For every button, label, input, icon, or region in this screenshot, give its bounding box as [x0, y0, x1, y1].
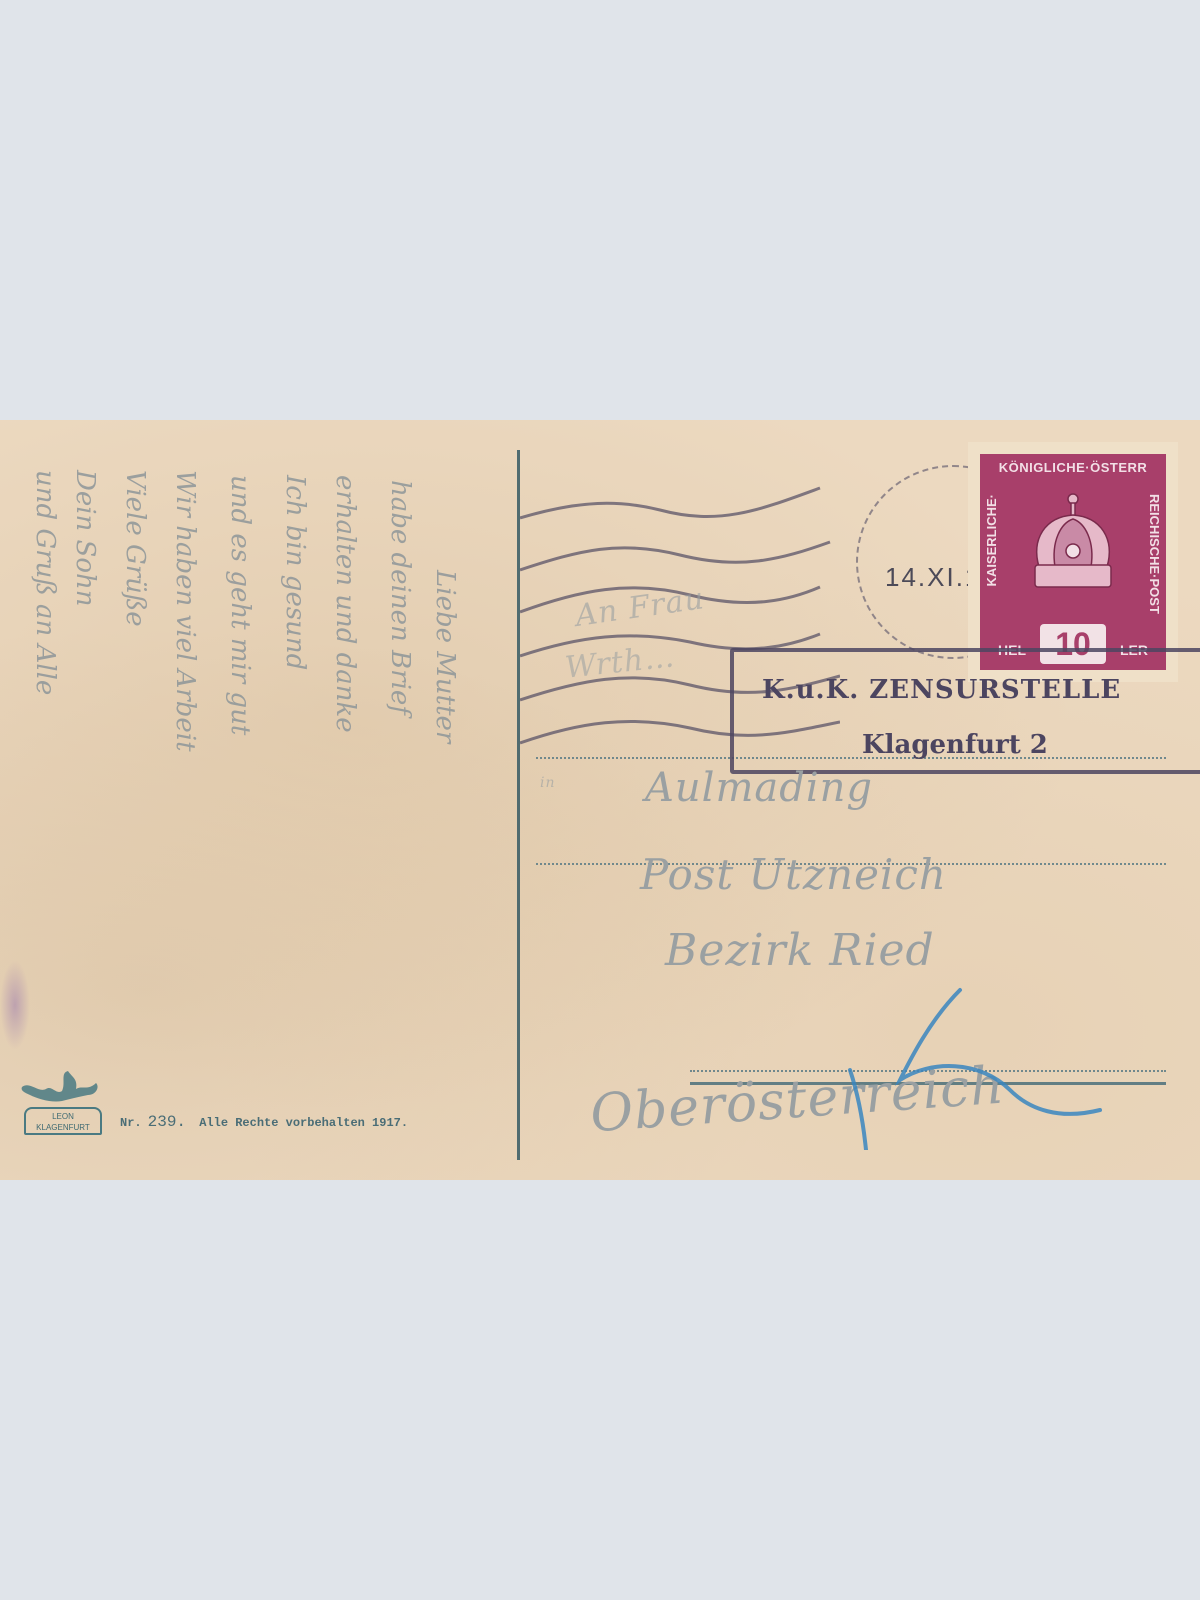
message-column: Dein Sohn: [70, 470, 100, 607]
crown-icon: [1025, 489, 1121, 599]
address-line-2: Post Utzneich: [640, 850, 947, 899]
publisher-logo-box: LEON KLAGENFURT: [24, 1107, 102, 1135]
message-column: Liebe Mutter: [430, 570, 460, 743]
number-prefix: Nr.: [120, 1116, 142, 1130]
card-number: 239.: [148, 1113, 186, 1131]
logo-line-2: KLAGENFURT: [26, 1122, 100, 1133]
stamp-left-text: KAISERLICHE·: [984, 494, 999, 586]
dragon-icon: [16, 1065, 106, 1109]
message-column: und es geht mir gut: [225, 475, 255, 735]
address-prefix-in: in: [540, 775, 556, 791]
censor-stamp-line2: Klagenfurt 2: [862, 730, 1048, 760]
address-line-1: Aulmading: [645, 765, 873, 811]
censor-stamp-line1: K.u.K. ZENSURSTELLE: [762, 675, 1121, 705]
message-column: Wir haben viel Arbeit: [170, 470, 200, 752]
postcard: Liebe Mutter habe deinen Brief erhalten …: [0, 420, 1200, 1180]
message-column: Ich bin gesund: [280, 475, 310, 670]
rights-notice: Alle Rechte vorbehalten 1917.: [199, 1116, 408, 1130]
logo-line-1: LEON: [26, 1111, 100, 1122]
publisher-logo: LEON KLAGENFURT: [16, 1065, 106, 1135]
stamp-right-text: REICHISCHE·POST: [1147, 494, 1162, 614]
blue-crayon-mark: [840, 950, 1110, 1150]
message-column: und Gruß an Alle: [30, 470, 60, 695]
stamp-top-text: KÖNIGLICHE·ÖSTERR: [980, 460, 1166, 475]
message-column: Viele Grüße: [120, 470, 150, 627]
postmark-date: 14.XI.1: [885, 562, 981, 593]
postage-stamp: KÖNIGLICHE·ÖSTERR KAISERLICHE· REICHISCH…: [968, 442, 1178, 682]
message-column: erhalten und danke: [330, 475, 360, 733]
publisher-text: Nr.239. Alle Rechte vorbehalten 1917.: [120, 1113, 408, 1135]
message-column: habe deinen Brief: [385, 480, 415, 715]
violet-smudge: [0, 960, 30, 1050]
publisher-imprint: LEON KLAGENFURT Nr.239. Alle Rechte vorb…: [16, 1065, 408, 1135]
stamp-face: KÖNIGLICHE·ÖSTERR KAISERLICHE· REICHISCH…: [980, 454, 1166, 670]
